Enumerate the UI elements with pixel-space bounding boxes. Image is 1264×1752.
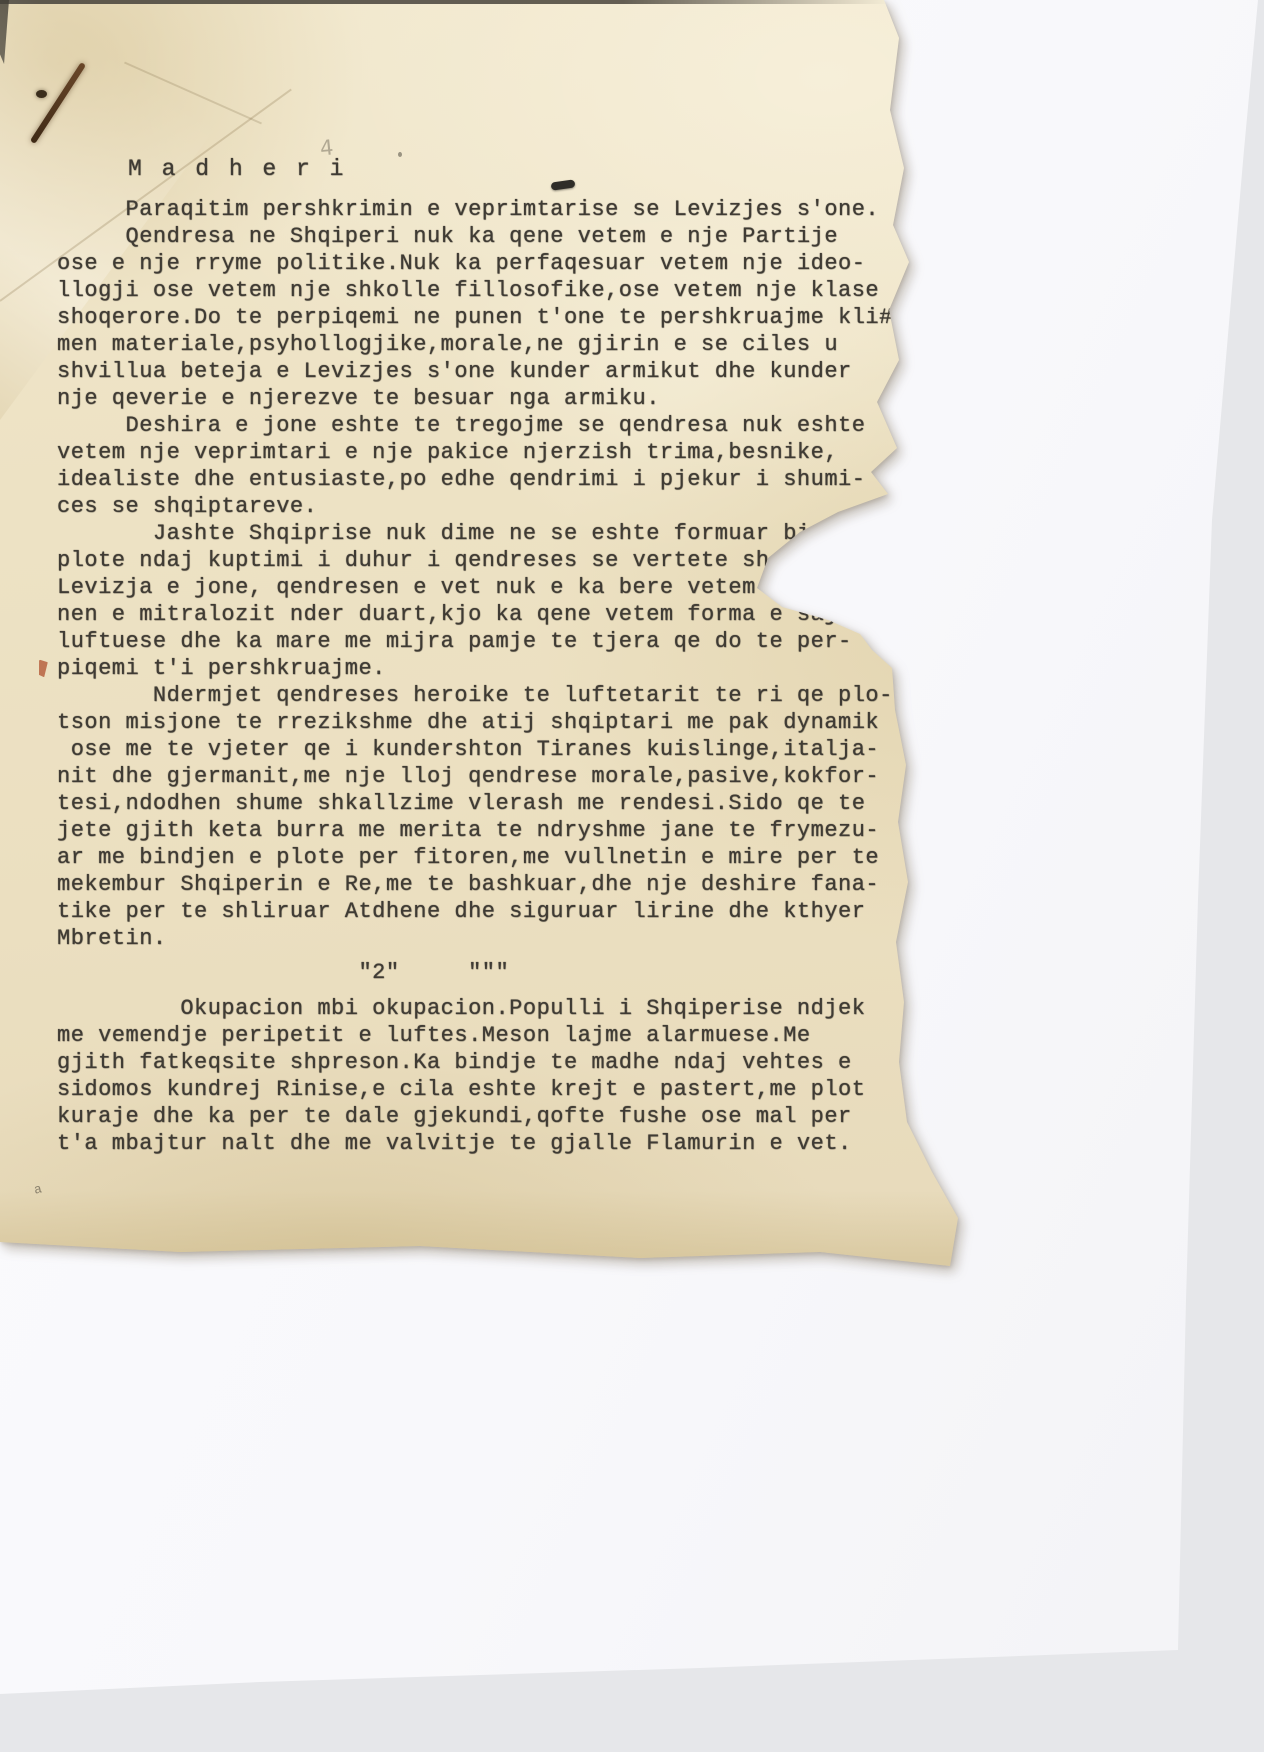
typed-line: plote ndaj kuptimi i duhur i qendreses s… [57, 547, 957, 574]
typed-line: Okupacion mbi okupacion.Populli i Shqipe… [57, 995, 957, 1022]
typed-line: me vemendje peripetit e luftes.Meson laj… [57, 1022, 957, 1049]
scan-canvas: { "page": { "background_color": "#e6e7ea… [0, 0, 1264, 1752]
typed-line: t'a mbajtur nalt dhe me valvitje te gjal… [57, 1130, 957, 1157]
typed-line: piqemi t'i pershkruajme. [57, 655, 957, 682]
typed-line: ose me te vjeter qe i kundershton Tirane… [57, 736, 957, 763]
typed-line: Deshira e jone eshte te tregojme se qend… [57, 412, 957, 439]
typed-line: ces se shqiptareve. [57, 493, 957, 520]
red-margin-mark [37, 660, 48, 678]
typed-line: gjith fatkeqsite shpreson.Ka bindje te m… [57, 1049, 957, 1076]
typed-line: shvillua beteja e Levizjes s'one kunder … [57, 358, 957, 385]
typed-line: kuraje dhe ka per te dale gjekundi,qofte… [57, 1103, 957, 1130]
typed-line: nje qeverie e njerezve te besuar nga arm… [57, 385, 957, 412]
typed-line: ose e nje rryme politike.Nuk ka perfaqes… [57, 250, 957, 277]
typed-text-block: M a d h e r i Paraqitim pershkrimin e ve… [57, 156, 957, 1157]
typed-line: vetem nje veprimtari e nje pakice njerzi… [57, 439, 957, 466]
typed-line: Qendresa ne Shqiperi nuk ka qene vetem e… [57, 223, 957, 250]
typed-line: tesi,ndodhen shume shkallzime vlerash me… [57, 790, 957, 817]
typed-line: Jashte Shqiprise nuk dime ne se eshte fo… [57, 520, 957, 547]
typed-line: llogji ose vetem nje shkolle fillosofike… [57, 277, 957, 304]
typed-line: shoqerore.Do te perpiqemi ne punen t'one… [57, 304, 957, 331]
typed-line: sidomos kundrej Rinise,e cila eshte krej… [57, 1076, 957, 1103]
typed-line: ar me bindjen e plote per fitoren,me vul… [57, 844, 957, 871]
bottom-edge-stain [0, 1190, 970, 1270]
typed-line: Mbretin. [57, 925, 957, 952]
typed-line: men materiale,psyhollogjike,morale,ne gj… [57, 331, 957, 358]
typewritten-page: 4 a M a d h e r i Paraqitim pershkrimin … [0, 0, 970, 1270]
typewritten-page-wrapper: 4 a M a d h e r i Paraqitim pershkrimin … [0, 0, 970, 1270]
typed-line: tson misjone te rrezikshme dhe atij shqi… [57, 709, 957, 736]
typed-line: nen e mitralozit nder duart,kjo ka qene … [57, 601, 957, 628]
typed-line: Paraqitim pershkrimin e veprimtarise se … [57, 196, 957, 223]
document-title: M a d h e r i [128, 156, 957, 183]
typed-line: Levizja e jone, qendresen e vet nuk e ka… [57, 574, 957, 601]
typed-line: nit dhe gjermanit,me nje lloj qendrese m… [57, 763, 957, 790]
typed-line: jete gjith keta burra me merita te ndrys… [57, 817, 957, 844]
typed-line: idealiste dhe entusiaste,po edhe qendrim… [57, 466, 957, 493]
typed-line: Ndermjet qendreses heroike te luftetarit… [57, 682, 957, 709]
section-marker: "2" """ [57, 959, 957, 986]
typed-line: mekembur Shqiperin e Re,me te bashkuar,d… [57, 871, 957, 898]
typed-line: tike per te shliruar Atdhene dhe sigurua… [57, 898, 957, 925]
typed-line: luftuese dhe ka mare me mijra pamje te t… [57, 628, 957, 655]
rust-dot [36, 90, 47, 98]
